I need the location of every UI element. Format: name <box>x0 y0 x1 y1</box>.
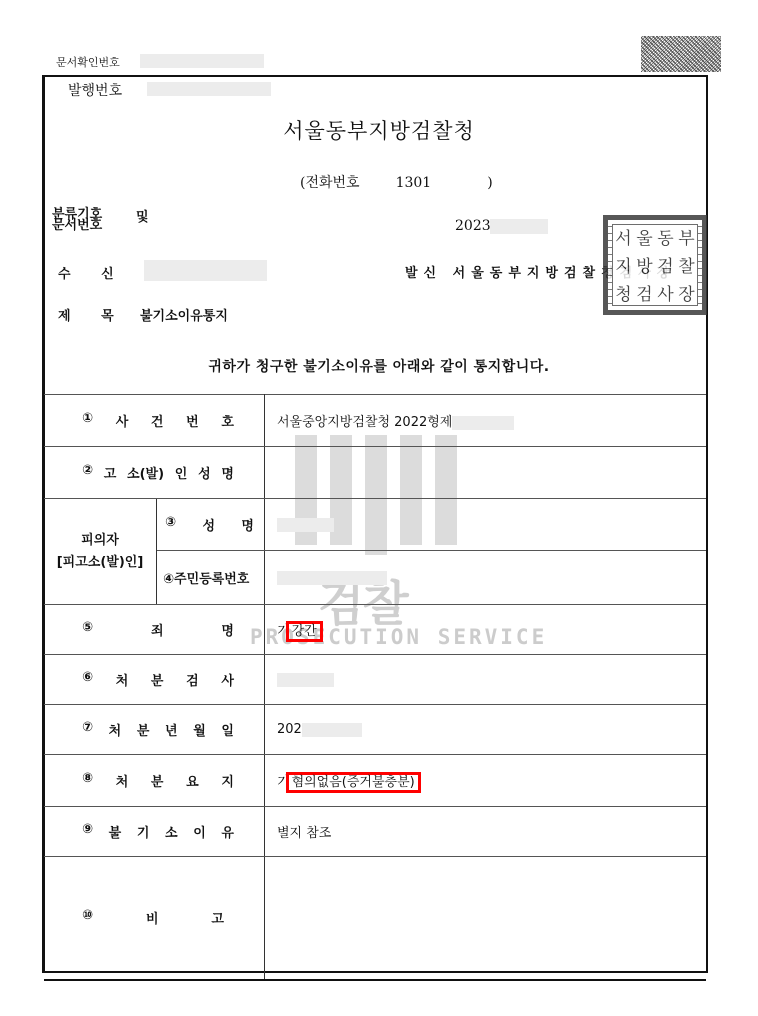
seal-char: 검 <box>655 253 676 281</box>
non-prosecution-reason-value: 별지 참조 <box>265 807 707 857</box>
suspect-group-label: 피의자 [피고소(발)인] <box>44 499 157 605</box>
label-part: 소 <box>165 822 178 841</box>
label-part: 명 <box>241 515 254 534</box>
issue-number-label: 발행번호 <box>68 80 122 100</box>
label-part: ⑥ <box>82 670 93 689</box>
table-row: ⑦처분년월일 202 <box>44 705 706 755</box>
disposition-date-text: 202 <box>277 722 302 737</box>
disposition-date-value: 202 <box>265 705 707 755</box>
disposition-summary-value: 기혐의없음(증거불충분) <box>265 755 707 807</box>
label-part: 분 <box>151 771 164 790</box>
label-text: ③성명 <box>157 515 264 534</box>
remarks-value <box>265 857 707 980</box>
complainant-name-label: ②고소(발)인성명 <box>44 447 265 499</box>
seal-char: 찰 <box>676 253 697 281</box>
seal-char: 검 <box>634 281 655 309</box>
seal-char: 장 <box>676 281 697 309</box>
label-part: ③ <box>165 515 176 534</box>
suspect-sublabel: [피고소(발)인] <box>44 552 156 574</box>
seal-char: 동 <box>655 225 676 253</box>
label-text: ⑥처분검사 <box>44 670 264 689</box>
label-part: 호 <box>221 411 234 430</box>
label-part: 사 <box>116 411 129 430</box>
suspect-name-label: ③성명 <box>157 499 265 551</box>
notice-table: ①사건번호 서울중앙지방검찰청 2022형제 ②고소(발)인성명 피의자 [피고… <box>44 394 706 981</box>
label-text: ⑨불기소이유 <box>44 822 264 841</box>
label-part: 번 <box>186 411 199 430</box>
label-text: ⑦처분년월일 <box>44 720 264 739</box>
case-number-label: ①사건번호 <box>44 395 265 447</box>
label-part: 처 <box>116 771 129 790</box>
suspect-name-value <box>265 499 707 551</box>
label-part: 명 <box>221 463 234 482</box>
document-confirm-number-label: 문서확인번호 <box>56 54 120 70</box>
seal-char: 청 <box>613 281 634 309</box>
phone-close: ) <box>487 175 492 191</box>
label-part: 처 <box>116 670 129 689</box>
label-part: 검 <box>186 670 199 689</box>
label-part: 성 <box>198 463 211 482</box>
label-part: 처 <box>109 720 122 739</box>
redacted-confirm-number <box>140 54 264 68</box>
redacted-resident-number <box>277 571 387 585</box>
label-part: 고 <box>211 908 224 927</box>
label-text: ②고소(발)인성명 <box>44 463 264 482</box>
charge-highlight: 강간 <box>286 621 323 642</box>
redacted-issue-number <box>147 82 271 96</box>
official-seal-icon: 서울동부지방검찰청검사장 <box>603 215 707 315</box>
table-row: ①사건번호 서울중앙지방검찰청 2022형제 <box>44 395 706 447</box>
label-part: 일 <box>221 720 234 739</box>
suspect-label: 피의자 <box>44 530 156 552</box>
label-part: 인 <box>175 463 188 482</box>
charge-label: ⑤죄명 <box>44 605 265 655</box>
label-part: 비 <box>146 908 159 927</box>
label-part: 분 <box>151 670 164 689</box>
redacted-recipient <box>144 260 267 281</box>
classification-label: 분류기호 문서번호 및 <box>52 209 102 231</box>
label-part: 소(발) <box>127 463 164 482</box>
label-part: 년 <box>165 720 178 739</box>
seal-char: 서 <box>613 225 634 253</box>
phone-label: (전화번호 <box>300 175 360 191</box>
redacted-date <box>490 219 548 234</box>
table-row: ⑥처분검사 <box>44 655 706 705</box>
barcode-icon <box>641 36 721 72</box>
label-text: ①사건번호 <box>44 411 264 430</box>
label-part: 월 <box>193 720 206 739</box>
label-part: ⑦ <box>82 720 93 739</box>
charge-value: 기강간 <box>265 605 707 655</box>
seal-char: 부 <box>676 225 697 253</box>
resident-number-value <box>265 551 707 605</box>
redacted-suspect-name <box>277 518 334 532</box>
seal-char: 지 <box>613 253 634 281</box>
prosecutor-label: ⑥처분검사 <box>44 655 265 705</box>
table-row: ⑤죄명 기강간 <box>44 605 706 655</box>
phone-number: 1301 <box>396 175 432 191</box>
label-part: 분 <box>137 720 150 739</box>
label-part: 성 <box>202 515 215 534</box>
complainant-name-value <box>265 447 707 499</box>
label-part: ① <box>82 411 93 430</box>
phone-line: (전화번호1301) <box>300 172 493 192</box>
subject-label: 제 목 <box>58 305 114 324</box>
label-part: ⑤ <box>82 620 93 639</box>
table-row: ⑩비고 <box>44 857 706 980</box>
label-part: 불 <box>109 822 122 841</box>
classification-line2: 문서번호 <box>52 220 102 231</box>
disposition-summary-label: ⑧처분요지 <box>44 755 265 807</box>
seal-char: 방 <box>634 253 655 281</box>
case-number-text: 서울중앙지방검찰청 2022형제 <box>277 415 452 430</box>
label-text: ⑤죄명 <box>44 620 264 639</box>
redacted-case-number <box>452 416 514 430</box>
subject-value: 불기소이유통지 <box>140 305 228 324</box>
resident-number-label: ④주민등록번호 <box>157 551 265 605</box>
seal-char: 사 <box>655 281 676 309</box>
seal-characters: 서울동부지방검찰청검사장 <box>612 224 698 306</box>
label-part: 죄 <box>151 620 164 639</box>
label-part: 이 <box>193 822 206 841</box>
label-part: 명 <box>221 620 234 639</box>
office-title: 서울동부지방검찰청 <box>0 115 758 145</box>
table-row: ⑧처분요지 기혐의없음(증거불충분) <box>44 755 706 807</box>
label-text: ⑩비고 <box>44 908 264 927</box>
disposition-highlight: 혐의없음(증거불충분) <box>286 772 421 793</box>
label-part: 지 <box>221 771 234 790</box>
recipient-label: 수 신 <box>58 263 114 282</box>
classification-and: 및 <box>136 212 149 223</box>
disposition-date-label: ⑦처분년월일 <box>44 705 265 755</box>
label-text: ⑧처분요지 <box>44 771 264 790</box>
label-part: 요 <box>186 771 199 790</box>
non-prosecution-reason-label: ⑨불기소이유 <box>44 807 265 857</box>
label-part: 유 <box>221 822 234 841</box>
label-part: 건 <box>151 411 164 430</box>
label-part: ② <box>82 463 93 482</box>
notice-text: 귀하가 청구한 불기소이유를 아래와 같이 통지합니다. <box>0 356 758 376</box>
label-part: ⑩ <box>82 908 93 927</box>
case-number-value: 서울중앙지방검찰청 2022형제 <box>265 395 707 447</box>
label-part: ⑧ <box>82 771 93 790</box>
table-row: ②고소(발)인성명 <box>44 447 706 499</box>
label-part: 고 <box>104 463 117 482</box>
label-part: ⑨ <box>82 822 93 841</box>
table-row: 피의자 [피고소(발)인] ③성명 <box>44 499 706 551</box>
label-part: 기 <box>137 822 150 841</box>
table-row: ⑨불기소이유 별지 참조 <box>44 807 706 857</box>
label-part: 사 <box>221 670 234 689</box>
seal-char: 울 <box>634 225 655 253</box>
redacted-disposition-date <box>302 723 362 737</box>
prosecutor-value <box>265 655 707 705</box>
redacted-prosecutor <box>277 673 334 687</box>
remarks-label: ⑩비고 <box>44 857 265 980</box>
